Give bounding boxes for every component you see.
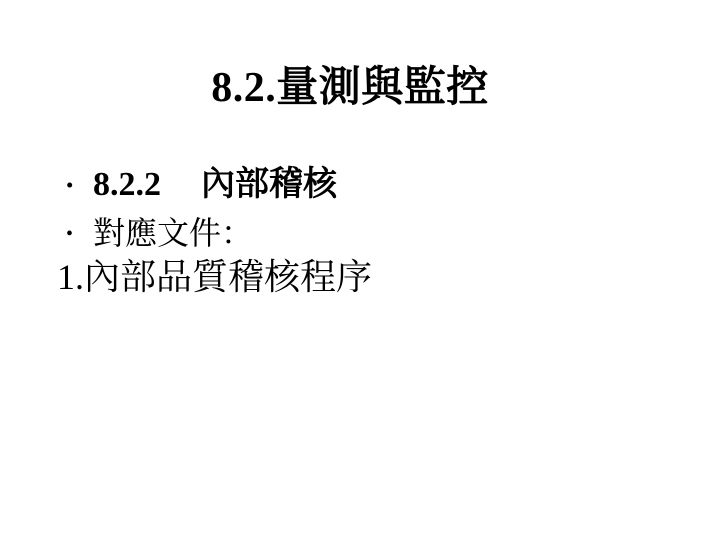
bullet-marker: •	[66, 224, 93, 246]
bullet-item-2-text: 對應文件：	[93, 215, 253, 251]
presentation-slide: 8.2.量測與監控 •8.2.2內部稽核 •對應文件： 1.內部品質稽核程序	[0, 0, 720, 540]
bullet-item-2: •對應文件：	[66, 216, 253, 251]
bullet-marker: •	[66, 174, 93, 197]
body-line-3: 1.內部品質稽核程序	[57, 258, 372, 298]
bullet-item-1-text: 內部稽核	[201, 166, 337, 203]
bullet-item-1-number: 8.2.2	[93, 166, 161, 203]
bullet-item-1: •8.2.2內部稽核	[66, 166, 337, 203]
body-line-3-text: 1.內部品質稽核程序	[57, 257, 372, 297]
slide-title: 8.2.量測與監控	[0, 64, 700, 112]
